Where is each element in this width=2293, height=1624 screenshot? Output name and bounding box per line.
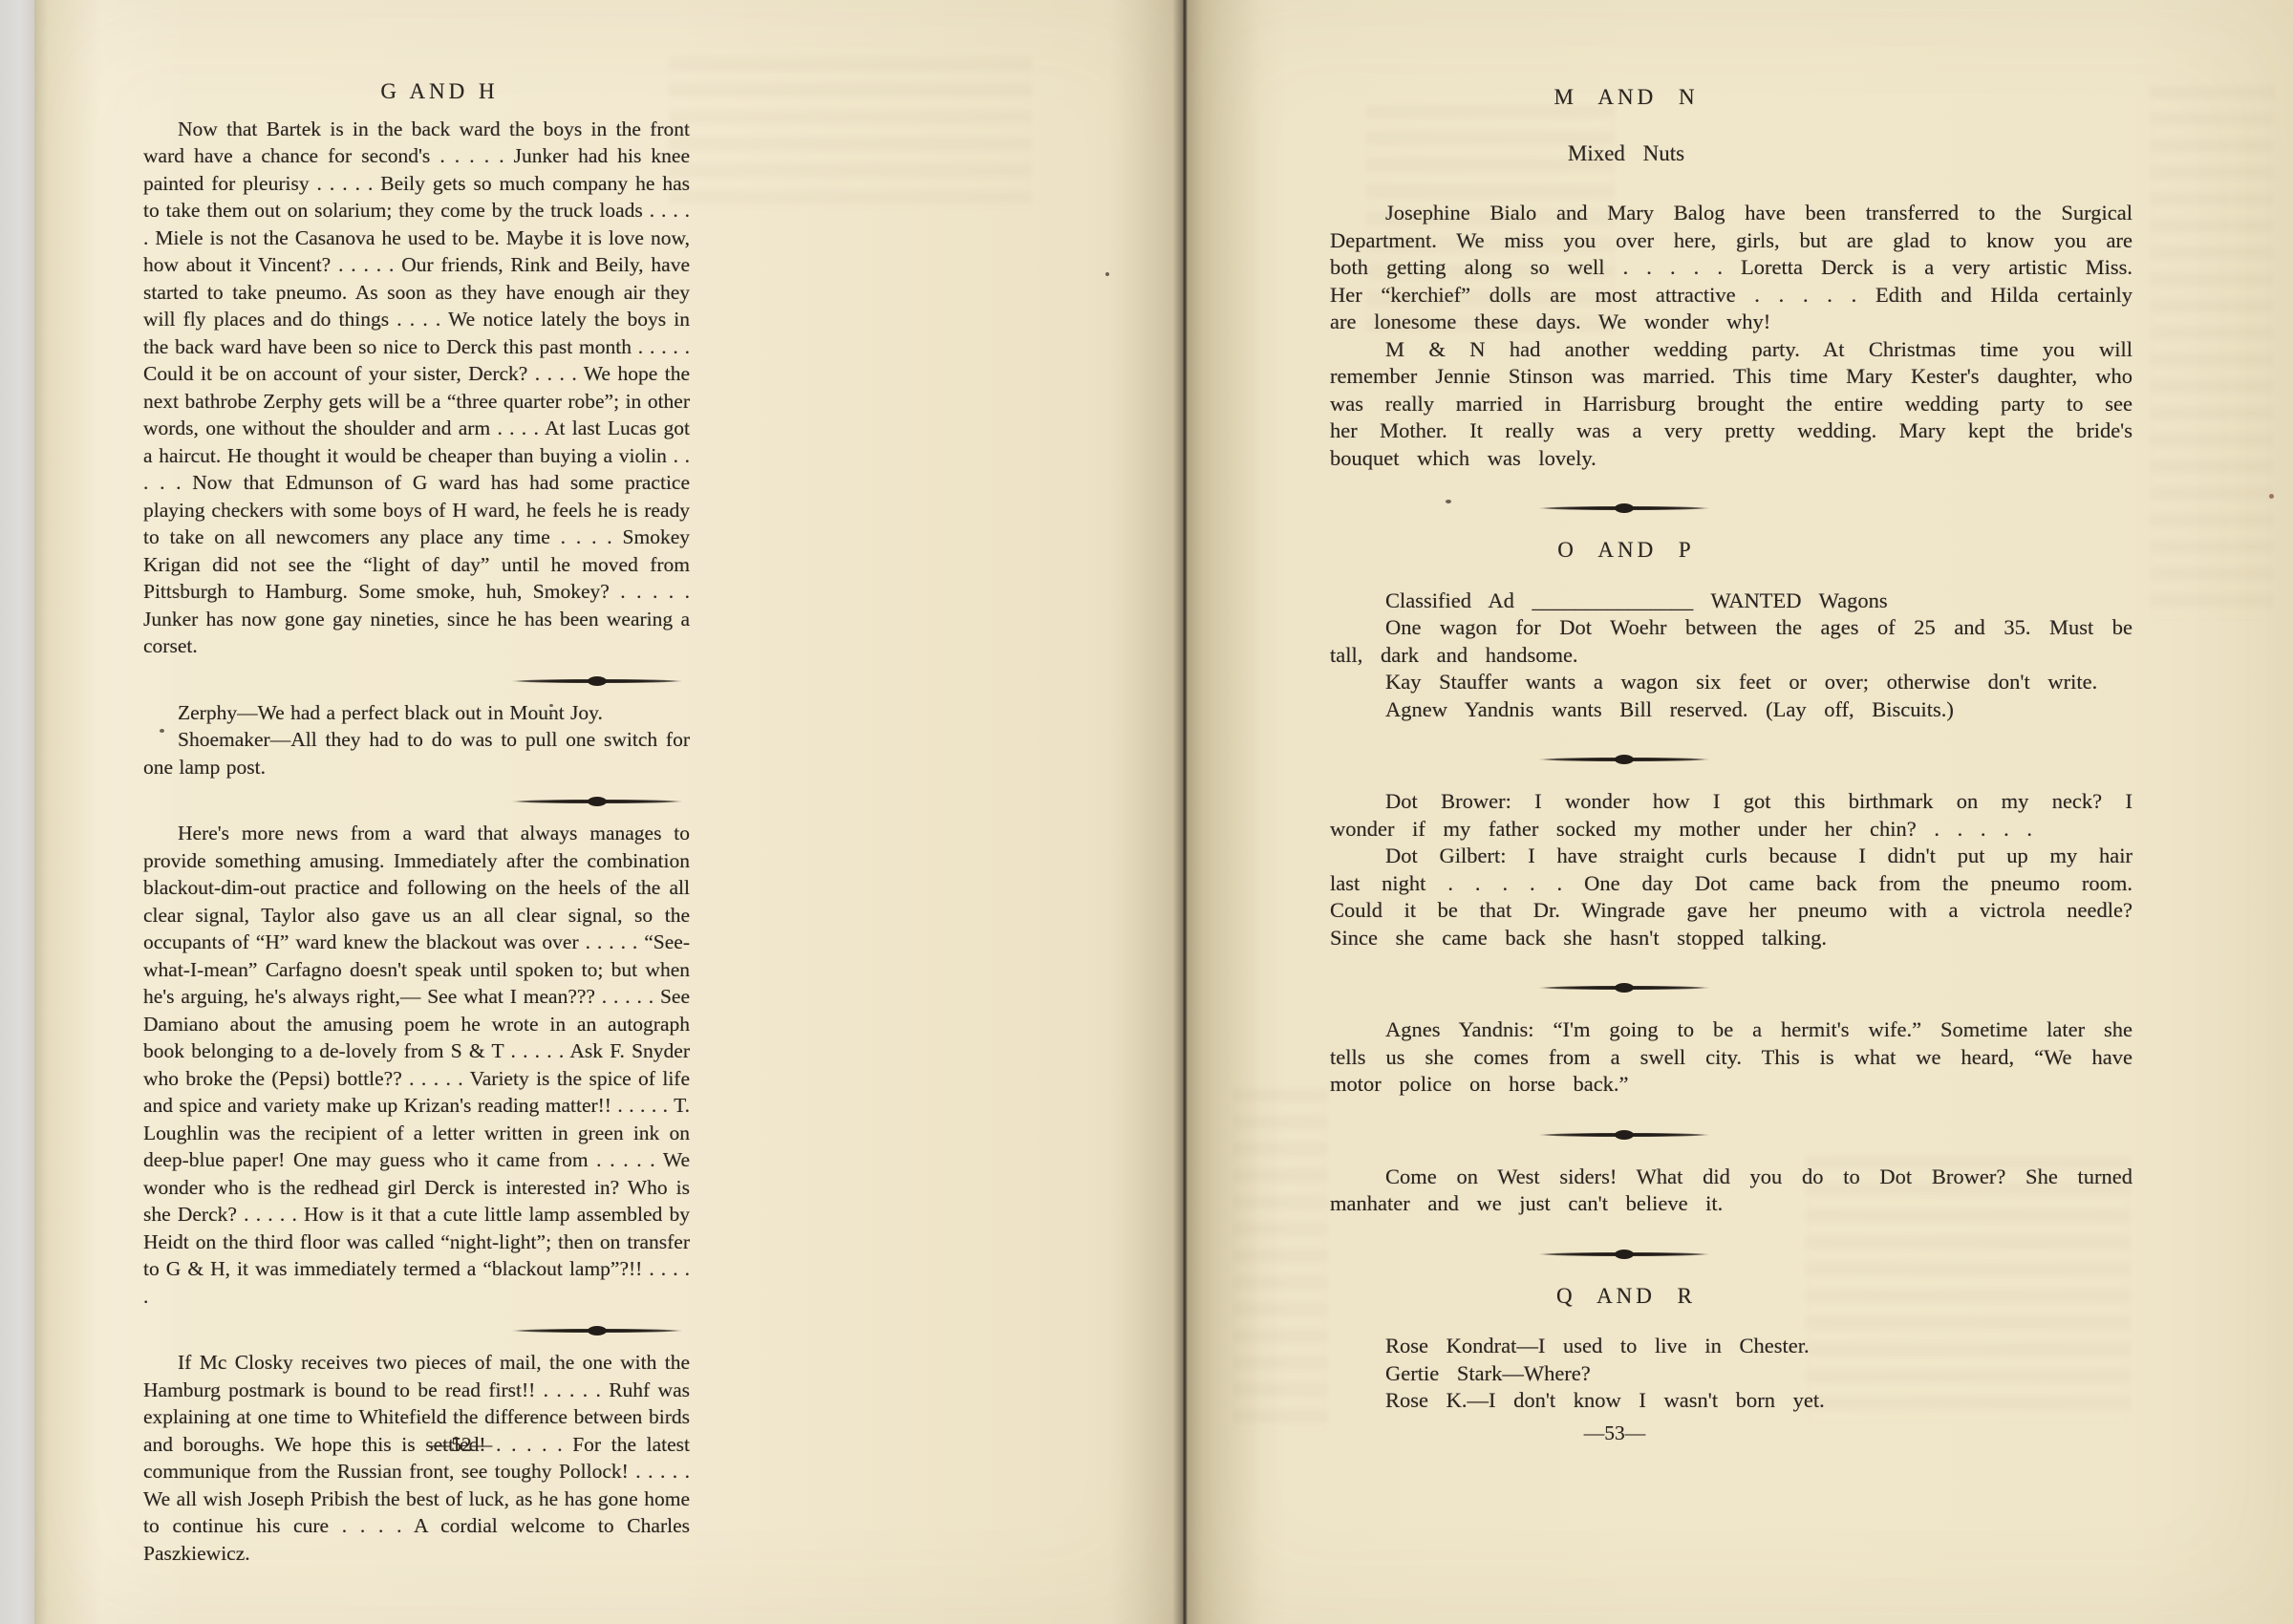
divider-dot (1615, 503, 1634, 513)
left-page-title: G AND H (166, 78, 713, 106)
right-page-title: M AND N (1330, 84, 1922, 112)
section-divider (511, 796, 683, 807)
divider-dot (588, 1326, 607, 1336)
open-book-scan: G AND H Now that Bartek is in the back w… (0, 0, 2293, 1624)
section-divider (1538, 754, 1710, 765)
paragraph: Agnew Yandnis wants Bill reserved. (Lay … (1330, 696, 2132, 724)
section-divider (1538, 1129, 1710, 1141)
paragraph: Dot Gilbert: I have straight curls becau… (1330, 843, 2132, 951)
paragraph: Now that Bartek is in the back ward the … (143, 116, 690, 660)
section-divider (511, 1325, 683, 1336)
page-number-right: —53— (1584, 1421, 1646, 1445)
paragraph: Zerphy—We had a perfect black out in Mou… (143, 699, 690, 727)
paper-speck (2269, 494, 2274, 499)
paragraph: One wagon for Dot Woehr between the ages… (1330, 614, 2132, 669)
left-page-body: Now that Bartek is in the back ward the … (143, 116, 690, 1568)
paragraph: If Mc Closky receives two pieces of mail… (143, 1349, 690, 1567)
left-page-column: G AND H Now that Bartek is in the back w… (143, 78, 690, 1567)
divider-dot (588, 676, 607, 686)
right-page-subtitle: Mixed Nuts (1330, 140, 1922, 168)
section-divider (1538, 1249, 1710, 1260)
divider-dot (1615, 755, 1634, 764)
section-heading: Q AND R (1330, 1283, 1922, 1311)
paragraph: Classified Ad _______________ WANTED Wag… (1330, 588, 2132, 615)
right-page-column: M AND N Mixed Nuts Josephine Bialo and M… (1330, 84, 2132, 1415)
paper-speck (1105, 272, 1109, 276)
paragraph: Kay Stauffer wants a wagon six feet or o… (1330, 669, 2132, 696)
paragraph: Josephine Bialo and Mary Balog have been… (1330, 200, 2132, 336)
divider-dot (1615, 983, 1634, 993)
paragraph: Agnes Yandnis: “I'm going to be a hermit… (1330, 1016, 2132, 1099)
page-number-left: —52— (431, 1433, 493, 1457)
paragraph: Here's more news from a ward that always… (143, 820, 690, 1310)
paragraph: Dot Brower: I wonder how I got this birt… (1330, 788, 2132, 843)
paragraph: Gertie Stark—Where? (1330, 1360, 2132, 1388)
paragraph: Rose K.—I don't know I wasn't born yet. (1330, 1387, 2132, 1415)
divider-dot (588, 797, 607, 806)
divider-dot (1615, 1130, 1634, 1140)
scanner-bed-strip (0, 0, 34, 1624)
section-divider (1538, 982, 1710, 994)
paragraph: Come on West siders! What did you do to … (1330, 1164, 2132, 1218)
section-heading: O AND P (1330, 537, 1922, 565)
section-divider (1538, 502, 1710, 514)
paragraph: Rose Kondrat—I used to live in Chester. (1330, 1333, 2132, 1360)
section-divider (511, 675, 683, 687)
paragraph: Shoemaker—All they had to do was to pull… (143, 726, 690, 780)
right-page-body: Josephine Bialo and Mary Balog have been… (1330, 200, 2132, 1415)
divider-dot (1615, 1250, 1634, 1259)
paragraph: M & N had another wedding party. At Chri… (1330, 336, 2132, 473)
